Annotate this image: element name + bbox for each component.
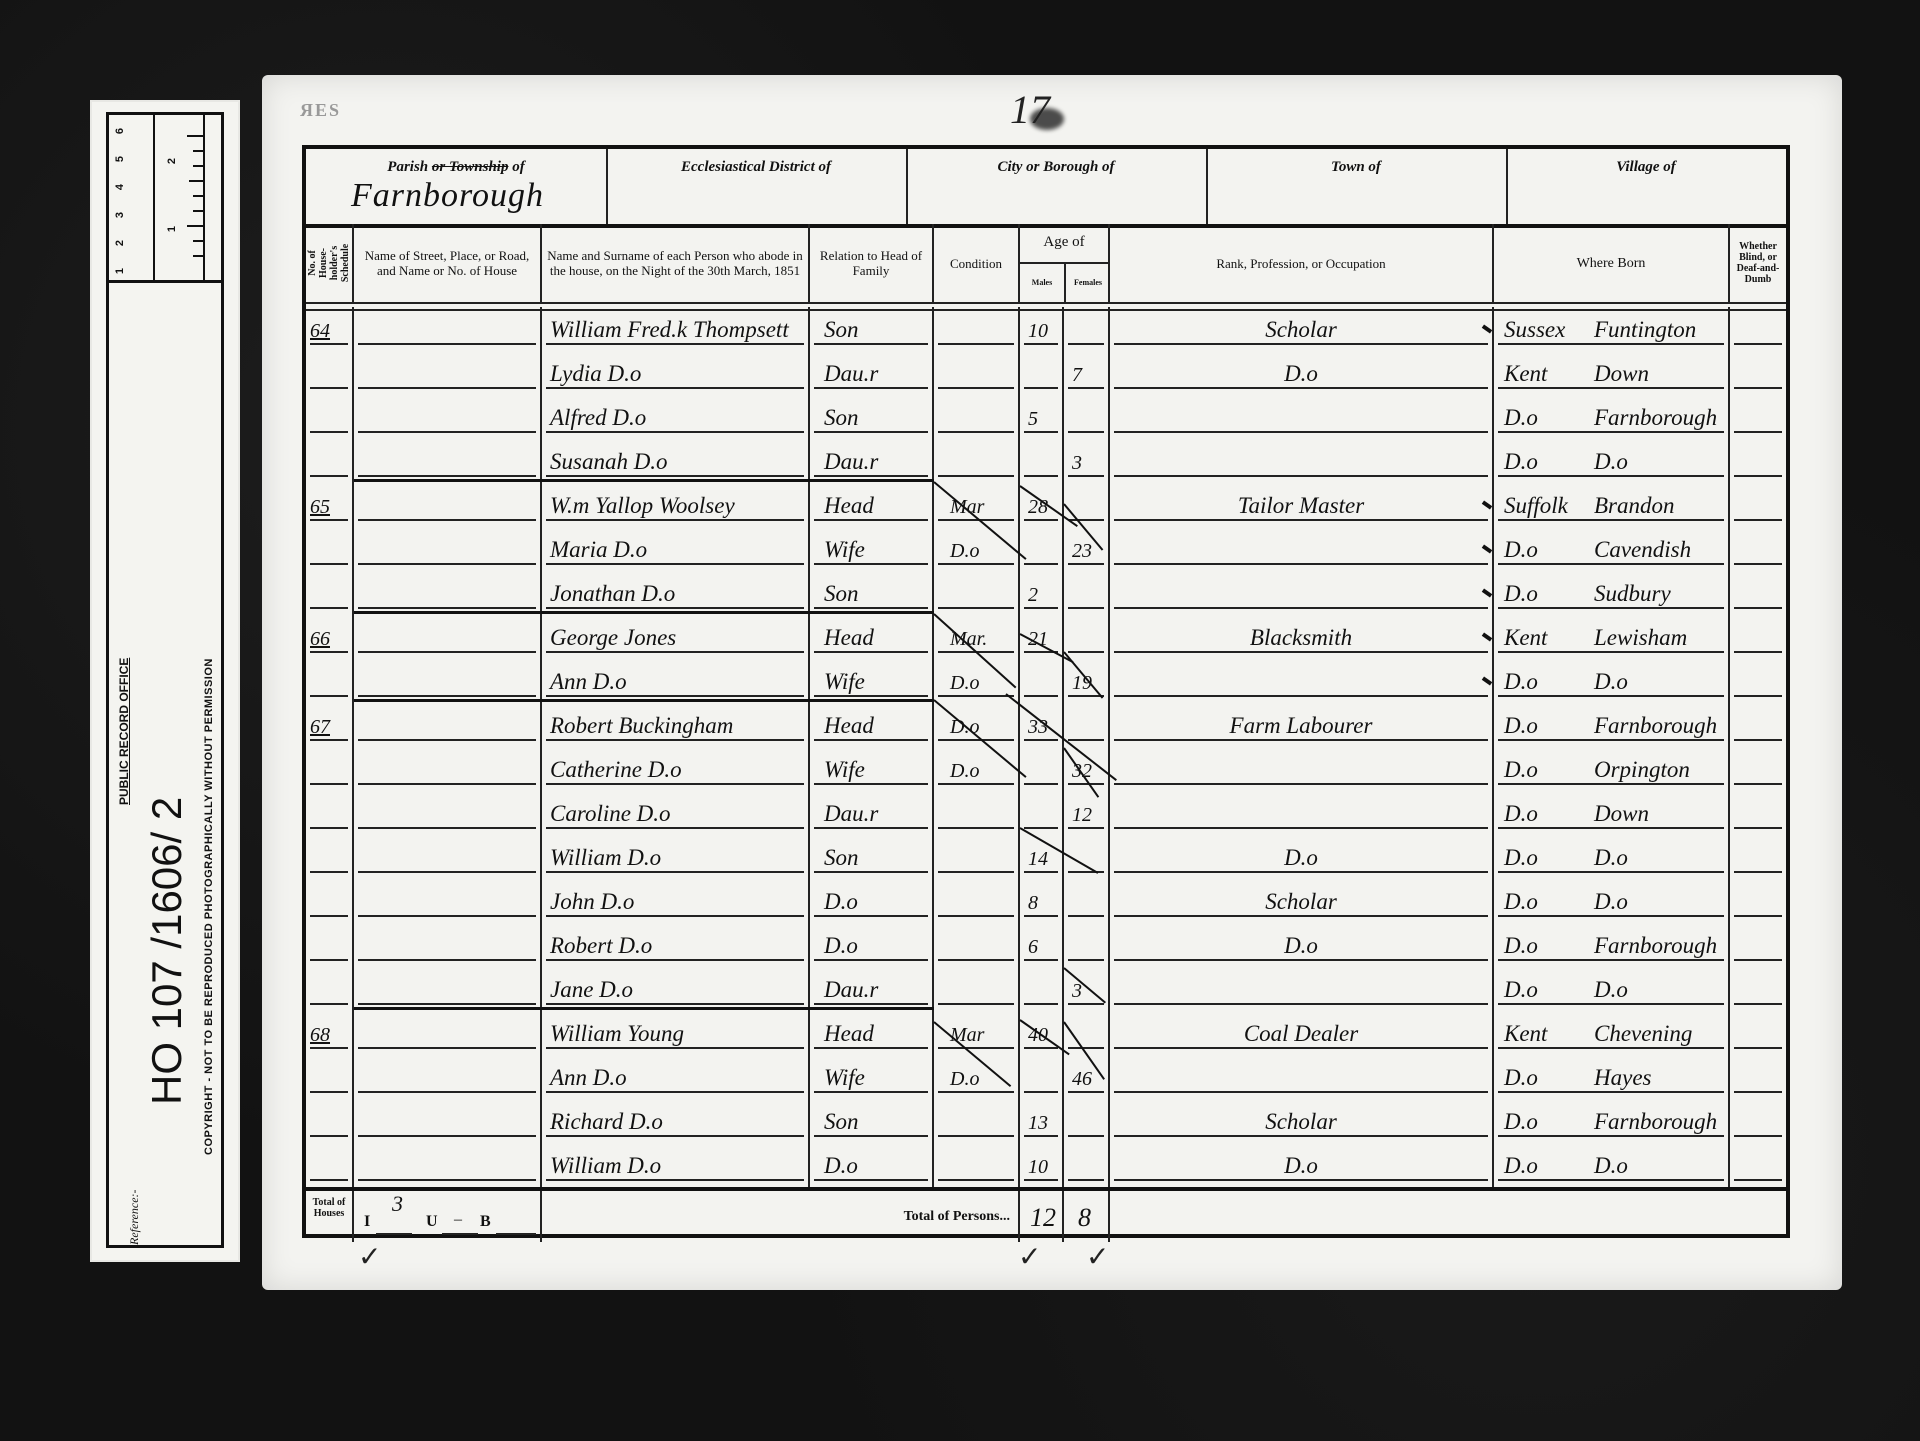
cell-condition bbox=[934, 351, 1020, 395]
name-value: Jane D.o bbox=[550, 977, 633, 1003]
table-row: Ann D.oWifeD.o46D.oHayes bbox=[306, 1055, 1786, 1099]
born-place: Lewisham bbox=[1594, 625, 1687, 651]
table-row: Caroline D.oDau.r12D.oDown bbox=[306, 791, 1786, 835]
copyright-notice: COPYRIGHT - NOT TO BE REPRODUCED PHOTOGR… bbox=[203, 658, 215, 1155]
ruled-line bbox=[1498, 1135, 1724, 1137]
ruled-line bbox=[1024, 563, 1058, 565]
cell-blind bbox=[1730, 747, 1786, 791]
ruler-tick bbox=[193, 150, 203, 152]
ruled-line bbox=[310, 475, 348, 477]
ruled-line bbox=[358, 387, 536, 389]
male-age-value: 13 bbox=[1028, 1112, 1048, 1135]
ruled-line bbox=[1068, 387, 1104, 389]
ruled-line bbox=[1498, 1179, 1724, 1181]
ruled-line bbox=[310, 871, 348, 873]
schedule-value: 68 bbox=[310, 1024, 330, 1047]
cell-born: D.oD.o bbox=[1494, 1143, 1730, 1187]
cell-male-age bbox=[1020, 1055, 1064, 1099]
city-label: City or Borough of bbox=[906, 159, 1206, 176]
cell-blind bbox=[1730, 615, 1786, 659]
born-county: D.o bbox=[1504, 1109, 1538, 1135]
cell-name: Jane D.o bbox=[542, 967, 810, 1011]
ruled-line bbox=[546, 651, 804, 653]
ruled-line bbox=[1068, 1179, 1104, 1181]
ruled-line bbox=[310, 1135, 348, 1137]
cell-born: D.oSudbury bbox=[1494, 571, 1730, 615]
col-condition: Condition bbox=[934, 224, 1020, 302]
occupation-value: D.o bbox=[1110, 933, 1492, 959]
ruled-line bbox=[814, 1003, 928, 1005]
ruled-line bbox=[358, 563, 536, 565]
ecclesiastical-field: Ecclesiastical District of bbox=[606, 149, 908, 224]
occupation-value: Tailor Master bbox=[1110, 493, 1492, 519]
born-county: D.o bbox=[1504, 801, 1538, 827]
ruler-cm-5: 5 bbox=[114, 156, 126, 162]
ruled-line bbox=[546, 475, 804, 477]
ruled-line bbox=[938, 959, 1014, 961]
cell-male-age bbox=[1020, 439, 1064, 483]
cell-name: Lydia D.o bbox=[542, 351, 810, 395]
cell-relation: D.o bbox=[810, 1143, 934, 1187]
cell-condition: D.o bbox=[934, 747, 1020, 791]
ruled-line bbox=[1024, 783, 1058, 785]
ruled-line bbox=[546, 739, 804, 741]
name-value: Caroline D.o bbox=[550, 801, 671, 827]
relation-value: Son bbox=[824, 317, 859, 343]
check-mark: ✓ bbox=[358, 1240, 381, 1273]
occupation-value: D.o bbox=[1110, 1153, 1492, 1179]
cell-relation: Head bbox=[810, 1011, 934, 1055]
female-age-value: 12 bbox=[1072, 804, 1092, 827]
ruled-line bbox=[1114, 1003, 1488, 1005]
ruled-line bbox=[1114, 695, 1488, 697]
cell-schedule bbox=[306, 1055, 354, 1099]
cell-schedule bbox=[306, 571, 354, 615]
cell-occupation: Scholar bbox=[1110, 307, 1494, 351]
table-row: 64William Fred.k ThompsettSon10ScholarSu… bbox=[306, 307, 1786, 351]
ruled-line bbox=[1068, 959, 1104, 961]
col-schedule: No. of House-holder's Schedule bbox=[306, 224, 354, 302]
condition-value: D.o bbox=[950, 760, 979, 783]
cell-occupation bbox=[1110, 571, 1494, 615]
ruler-cm-4: 4 bbox=[114, 184, 126, 190]
table-row: Richard D.oSon13ScholarD.oFarnborough bbox=[306, 1099, 1786, 1143]
cell-schedule bbox=[306, 659, 354, 703]
cell-street bbox=[354, 967, 542, 1011]
ruled-line bbox=[1114, 475, 1488, 477]
ruled-line bbox=[938, 827, 1014, 829]
ruled-line bbox=[1068, 1047, 1104, 1049]
ruled-line bbox=[1498, 387, 1724, 389]
ruled-line bbox=[1734, 695, 1782, 697]
ruler-in-2: 2 bbox=[166, 158, 178, 164]
cell-schedule bbox=[306, 395, 354, 439]
ruled-line bbox=[1114, 387, 1488, 389]
ruled-line bbox=[358, 651, 536, 653]
ruled-line bbox=[358, 1003, 536, 1005]
cell-street bbox=[354, 879, 542, 923]
occupation-value: Blacksmith bbox=[1110, 625, 1492, 651]
born-place: Farnborough bbox=[1594, 933, 1717, 959]
parish-value: Farnborough bbox=[351, 177, 544, 215]
ruled-line bbox=[814, 871, 928, 873]
name-value: W.m Yallop Woolsey bbox=[550, 493, 735, 519]
ruled-line bbox=[938, 475, 1014, 477]
cell-male-age: 2 bbox=[1020, 571, 1064, 615]
cell-blind bbox=[1730, 1011, 1786, 1055]
cell-born: D.oDown bbox=[1494, 791, 1730, 835]
name-value: Robert D.o bbox=[550, 933, 652, 959]
ruled-line bbox=[358, 695, 536, 697]
born-county: D.o bbox=[1504, 713, 1538, 739]
cell-male-age: 8 bbox=[1020, 879, 1064, 923]
parish-label: Parish or Township of bbox=[306, 159, 606, 176]
cell-blind bbox=[1730, 483, 1786, 527]
table-row: Robert D.oD.o6D.oD.oFarnborough bbox=[306, 923, 1786, 967]
persons-total-label: Total of Persons... bbox=[542, 1191, 1020, 1242]
ruled-line bbox=[1498, 1047, 1724, 1049]
cell-relation: Wife bbox=[810, 659, 934, 703]
ruler-in-1: 1 bbox=[166, 226, 178, 232]
cell-schedule bbox=[306, 791, 354, 835]
born-county: Kent bbox=[1504, 625, 1547, 651]
born-place: D.o bbox=[1594, 449, 1628, 475]
ruled-line bbox=[358, 1135, 536, 1137]
col-males: Males bbox=[1020, 264, 1066, 302]
cell-born: D.oD.o bbox=[1494, 879, 1730, 923]
census-form: Parish or Township of Farnborough Eccles… bbox=[302, 145, 1790, 1238]
ruled-line bbox=[1024, 387, 1058, 389]
cell-occupation bbox=[1110, 1055, 1494, 1099]
name-value: William Young bbox=[550, 1021, 684, 1047]
cell-occupation bbox=[1110, 527, 1494, 571]
cell-condition bbox=[934, 1143, 1020, 1187]
cell-relation: Dau.r bbox=[810, 439, 934, 483]
ruler-cm-6: 6 bbox=[114, 128, 126, 134]
ruled-line bbox=[1068, 1003, 1104, 1005]
cell-name: William Fred.k Thompsett bbox=[542, 307, 810, 351]
ruled-line bbox=[814, 783, 928, 785]
table-row: 68William YoungHeadMar40Coal DealerKentC… bbox=[306, 1011, 1786, 1055]
born-place: Orpington bbox=[1594, 757, 1690, 783]
name-value: William D.o bbox=[550, 1153, 661, 1179]
ruled-line bbox=[1734, 915, 1782, 917]
ruled-line bbox=[358, 1047, 536, 1049]
ruled-line bbox=[1114, 827, 1488, 829]
cell-relation: Wife bbox=[810, 1055, 934, 1099]
ruled-line bbox=[1068, 343, 1104, 345]
cell-street bbox=[354, 1055, 542, 1099]
relation-value: Head bbox=[824, 493, 874, 519]
relation-value: Son bbox=[824, 581, 859, 607]
cell-male-age bbox=[1020, 967, 1064, 1011]
ruled-line bbox=[938, 563, 1014, 565]
relation-value: Wife bbox=[824, 537, 865, 563]
cell-female-age bbox=[1064, 923, 1110, 967]
col-occupation: Rank, Profession, or Occupation bbox=[1110, 224, 1494, 302]
cell-street bbox=[354, 1143, 542, 1187]
ruled-line bbox=[546, 607, 804, 609]
table-row: John D.oD.o8ScholarD.oD.o bbox=[306, 879, 1786, 923]
cell-relation: Dau.r bbox=[810, 967, 934, 1011]
location-header: Parish or Township of Farnborough Eccles… bbox=[306, 149, 1786, 228]
ruled-line bbox=[546, 343, 804, 345]
name-value: Maria D.o bbox=[550, 537, 647, 563]
parish-field: Parish or Township of Farnborough bbox=[306, 149, 608, 224]
born-county: D.o bbox=[1504, 581, 1538, 607]
ruled-line bbox=[1498, 1003, 1724, 1005]
reference-label: Reference:- bbox=[127, 1189, 142, 1245]
cell-born: D.oHayes bbox=[1494, 1055, 1730, 1099]
cell-relation: Dau.r bbox=[810, 351, 934, 395]
cell-occupation bbox=[1110, 967, 1494, 1011]
scale-ruler: 1 2 3 4 5 6 1 2 bbox=[109, 115, 221, 283]
ruled-line bbox=[1068, 783, 1104, 785]
cell-blind bbox=[1730, 791, 1786, 835]
cell-name: Jonathan D.o bbox=[542, 571, 810, 615]
cell-relation: Son bbox=[810, 571, 934, 615]
reference-strip: 1 2 3 4 5 6 1 2 Reference:- PUBLIC RECOR… bbox=[90, 100, 240, 1262]
cell-occupation: Tailor Master bbox=[1110, 483, 1494, 527]
ruled-line bbox=[938, 783, 1014, 785]
name-value: Ann D.o bbox=[550, 1065, 627, 1091]
name-value: Jonathan D.o bbox=[550, 581, 675, 607]
ruled-line bbox=[814, 387, 928, 389]
cell-name: Catherine D.o bbox=[542, 747, 810, 791]
born-county: D.o bbox=[1504, 845, 1538, 871]
cell-born: KentChevening bbox=[1494, 1011, 1730, 1055]
cell-relation: Head bbox=[810, 703, 934, 747]
ruled-line bbox=[310, 651, 348, 653]
relation-value: D.o bbox=[824, 933, 858, 959]
cell-male-age: 13 bbox=[1020, 1099, 1064, 1143]
table-row: Maria D.oWifeD.o23D.oCavendish bbox=[306, 527, 1786, 571]
name-value: Ann D.o bbox=[550, 669, 627, 695]
reference-number: HO 107 /1606/ 2 bbox=[143, 797, 191, 1105]
male-age-value: 10 bbox=[1028, 320, 1048, 343]
ruled-line bbox=[358, 475, 536, 477]
ruled-line bbox=[1498, 695, 1724, 697]
ruled-line bbox=[310, 695, 348, 697]
cell-occupation: Farm Labourer bbox=[1110, 703, 1494, 747]
cell-street bbox=[354, 483, 542, 527]
cell-male-age bbox=[1020, 659, 1064, 703]
cell-blind bbox=[1730, 967, 1786, 1011]
ruled-line bbox=[1024, 871, 1058, 873]
cell-street bbox=[354, 1011, 542, 1055]
occupation-value: Coal Dealer bbox=[1110, 1021, 1492, 1047]
born-county: Sussex bbox=[1504, 317, 1565, 343]
ruled-line bbox=[1114, 1179, 1488, 1181]
ruled-line bbox=[1024, 1091, 1058, 1093]
table-row: Lydia D.oDau.r7D.oKentDown bbox=[306, 351, 1786, 395]
born-place: Farnborough bbox=[1594, 1109, 1717, 1135]
schedule-value: 67 bbox=[310, 716, 330, 739]
ruled-line bbox=[546, 519, 804, 521]
cell-blind bbox=[1730, 571, 1786, 615]
relation-value: Head bbox=[824, 625, 874, 651]
cell-occupation: Scholar bbox=[1110, 1099, 1494, 1143]
cell-name: William Young bbox=[542, 1011, 810, 1055]
ruled-line bbox=[814, 343, 928, 345]
ruled-line bbox=[358, 783, 536, 785]
cell-street bbox=[354, 1099, 542, 1143]
condition-value: D.o bbox=[950, 540, 979, 563]
col-street: Name of Street, Place, or Road, and Name… bbox=[354, 224, 542, 302]
ruled-line bbox=[546, 695, 804, 697]
relation-value: Dau.r bbox=[824, 361, 878, 387]
cell-street bbox=[354, 703, 542, 747]
ruler-tick bbox=[193, 165, 203, 167]
ruled-line bbox=[814, 431, 928, 433]
ruler-tick bbox=[187, 135, 203, 137]
cell-schedule bbox=[306, 747, 354, 791]
born-county: D.o bbox=[1504, 669, 1538, 695]
ruled-line bbox=[546, 827, 804, 829]
col-females: Females bbox=[1066, 264, 1110, 302]
born-place: Down bbox=[1594, 361, 1649, 387]
ruled-line bbox=[358, 519, 536, 521]
table-row: Jane D.oDau.r3D.oD.o bbox=[306, 967, 1786, 1011]
col-where-born: Where Born bbox=[1494, 224, 1730, 302]
cell-male-age bbox=[1020, 351, 1064, 395]
ruled-line bbox=[1024, 827, 1058, 829]
female-age-value: 3 bbox=[1072, 452, 1082, 475]
cell-occupation bbox=[1110, 791, 1494, 835]
name-value: Alfred D.o bbox=[550, 405, 646, 431]
cell-born: D.oFarnborough bbox=[1494, 923, 1730, 967]
ruled-line bbox=[1068, 1091, 1104, 1093]
ruled-line bbox=[310, 607, 348, 609]
ruled-line bbox=[814, 607, 928, 609]
ruled-line bbox=[358, 959, 536, 961]
table-row: William D.oD.o10D.oD.oD.o bbox=[306, 1143, 1786, 1187]
ruled-line bbox=[310, 431, 348, 433]
male-age-value: 10 bbox=[1028, 1156, 1048, 1179]
cell-relation: Son bbox=[810, 307, 934, 351]
ruled-line bbox=[1734, 871, 1782, 873]
cell-street bbox=[354, 351, 542, 395]
town-field: Town of bbox=[1206, 149, 1508, 224]
ruled-line bbox=[1498, 607, 1724, 609]
ruled-line bbox=[1734, 519, 1782, 521]
ruled-line bbox=[546, 563, 804, 565]
ruled-line bbox=[1024, 431, 1058, 433]
occupation-value: Scholar bbox=[1110, 1109, 1492, 1135]
cell-relation: Son bbox=[810, 835, 934, 879]
cell-name: Robert Buckingham bbox=[542, 703, 810, 747]
ruled-line bbox=[1024, 475, 1058, 477]
ruled-line bbox=[1498, 519, 1724, 521]
ruled-line bbox=[1114, 563, 1488, 565]
ruler-tick bbox=[189, 180, 203, 182]
cell-occupation: D.o bbox=[1110, 1143, 1494, 1187]
ruled-line bbox=[310, 827, 348, 829]
cell-street bbox=[354, 527, 542, 571]
relation-value: Dau.r bbox=[824, 449, 878, 475]
born-county: D.o bbox=[1504, 889, 1538, 915]
ruled-line bbox=[1114, 739, 1488, 741]
born-county: D.o bbox=[1504, 1065, 1538, 1091]
ruled-line bbox=[814, 695, 928, 697]
cell-condition: D.o bbox=[934, 1055, 1020, 1099]
ruled-line bbox=[1734, 563, 1782, 565]
born-place: D.o bbox=[1594, 977, 1628, 1003]
cell-name: Caroline D.o bbox=[542, 791, 810, 835]
name-value: Richard D.o bbox=[550, 1109, 663, 1135]
household-separator bbox=[354, 1007, 934, 1010]
ruled-line bbox=[310, 343, 348, 345]
cell-relation: D.o bbox=[810, 923, 934, 967]
cell-female-age bbox=[1064, 395, 1110, 439]
ruled-line bbox=[1498, 783, 1724, 785]
cell-blind bbox=[1730, 659, 1786, 703]
ruled-line bbox=[814, 475, 928, 477]
cell-occupation: Coal Dealer bbox=[1110, 1011, 1494, 1055]
cell-male-age: 6 bbox=[1020, 923, 1064, 967]
males-total: 12 bbox=[1020, 1191, 1064, 1242]
cell-female-age bbox=[1064, 571, 1110, 615]
cell-occupation bbox=[1110, 659, 1494, 703]
cell-condition bbox=[934, 791, 1020, 835]
name-value: William D.o bbox=[550, 845, 661, 871]
female-age-value: 7 bbox=[1072, 364, 1082, 387]
ruled-line bbox=[358, 871, 536, 873]
household-separator bbox=[354, 479, 934, 482]
ruled-line bbox=[1734, 343, 1782, 345]
cell-relation: Son bbox=[810, 395, 934, 439]
cell-name: George Jones bbox=[542, 615, 810, 659]
relation-value: Wife bbox=[824, 1065, 865, 1091]
ruled-line bbox=[546, 431, 804, 433]
schedule-value: 64 bbox=[310, 320, 330, 343]
ruled-line bbox=[310, 387, 348, 389]
ruler-tick bbox=[193, 210, 203, 212]
ruled-line bbox=[358, 343, 536, 345]
cell-condition bbox=[934, 835, 1020, 879]
cell-schedule: 66 bbox=[306, 615, 354, 659]
cell-blind bbox=[1730, 1055, 1786, 1099]
born-place: D.o bbox=[1594, 669, 1628, 695]
cell-schedule bbox=[306, 1099, 354, 1143]
household-separator bbox=[354, 611, 934, 614]
born-county: D.o bbox=[1504, 933, 1538, 959]
ruled-line bbox=[938, 1047, 1014, 1049]
ruled-line bbox=[1498, 871, 1724, 873]
cell-street bbox=[354, 791, 542, 835]
born-place: Farnborough bbox=[1594, 713, 1717, 739]
ruled-line bbox=[310, 739, 348, 741]
cell-male-age bbox=[1020, 527, 1064, 571]
cell-born: D.oD.o bbox=[1494, 835, 1730, 879]
cell-born: D.oD.o bbox=[1494, 439, 1730, 483]
born-county: D.o bbox=[1504, 977, 1538, 1003]
ruled-line bbox=[1498, 827, 1724, 829]
cell-name: Ann D.o bbox=[542, 659, 810, 703]
relation-value: Wife bbox=[824, 669, 865, 695]
ruled-line bbox=[1114, 431, 1488, 433]
cell-female-age bbox=[1064, 1099, 1110, 1143]
relation-value: Head bbox=[824, 713, 874, 739]
ruled-line bbox=[938, 695, 1014, 697]
name-value: William Fred.k Thompsett bbox=[550, 317, 789, 343]
cell-street bbox=[354, 835, 542, 879]
cell-schedule: 64 bbox=[306, 307, 354, 351]
cell-relation: D.o bbox=[810, 879, 934, 923]
ruled-line bbox=[1024, 1003, 1058, 1005]
ruled-line bbox=[1734, 1091, 1782, 1093]
cell-condition bbox=[934, 923, 1020, 967]
